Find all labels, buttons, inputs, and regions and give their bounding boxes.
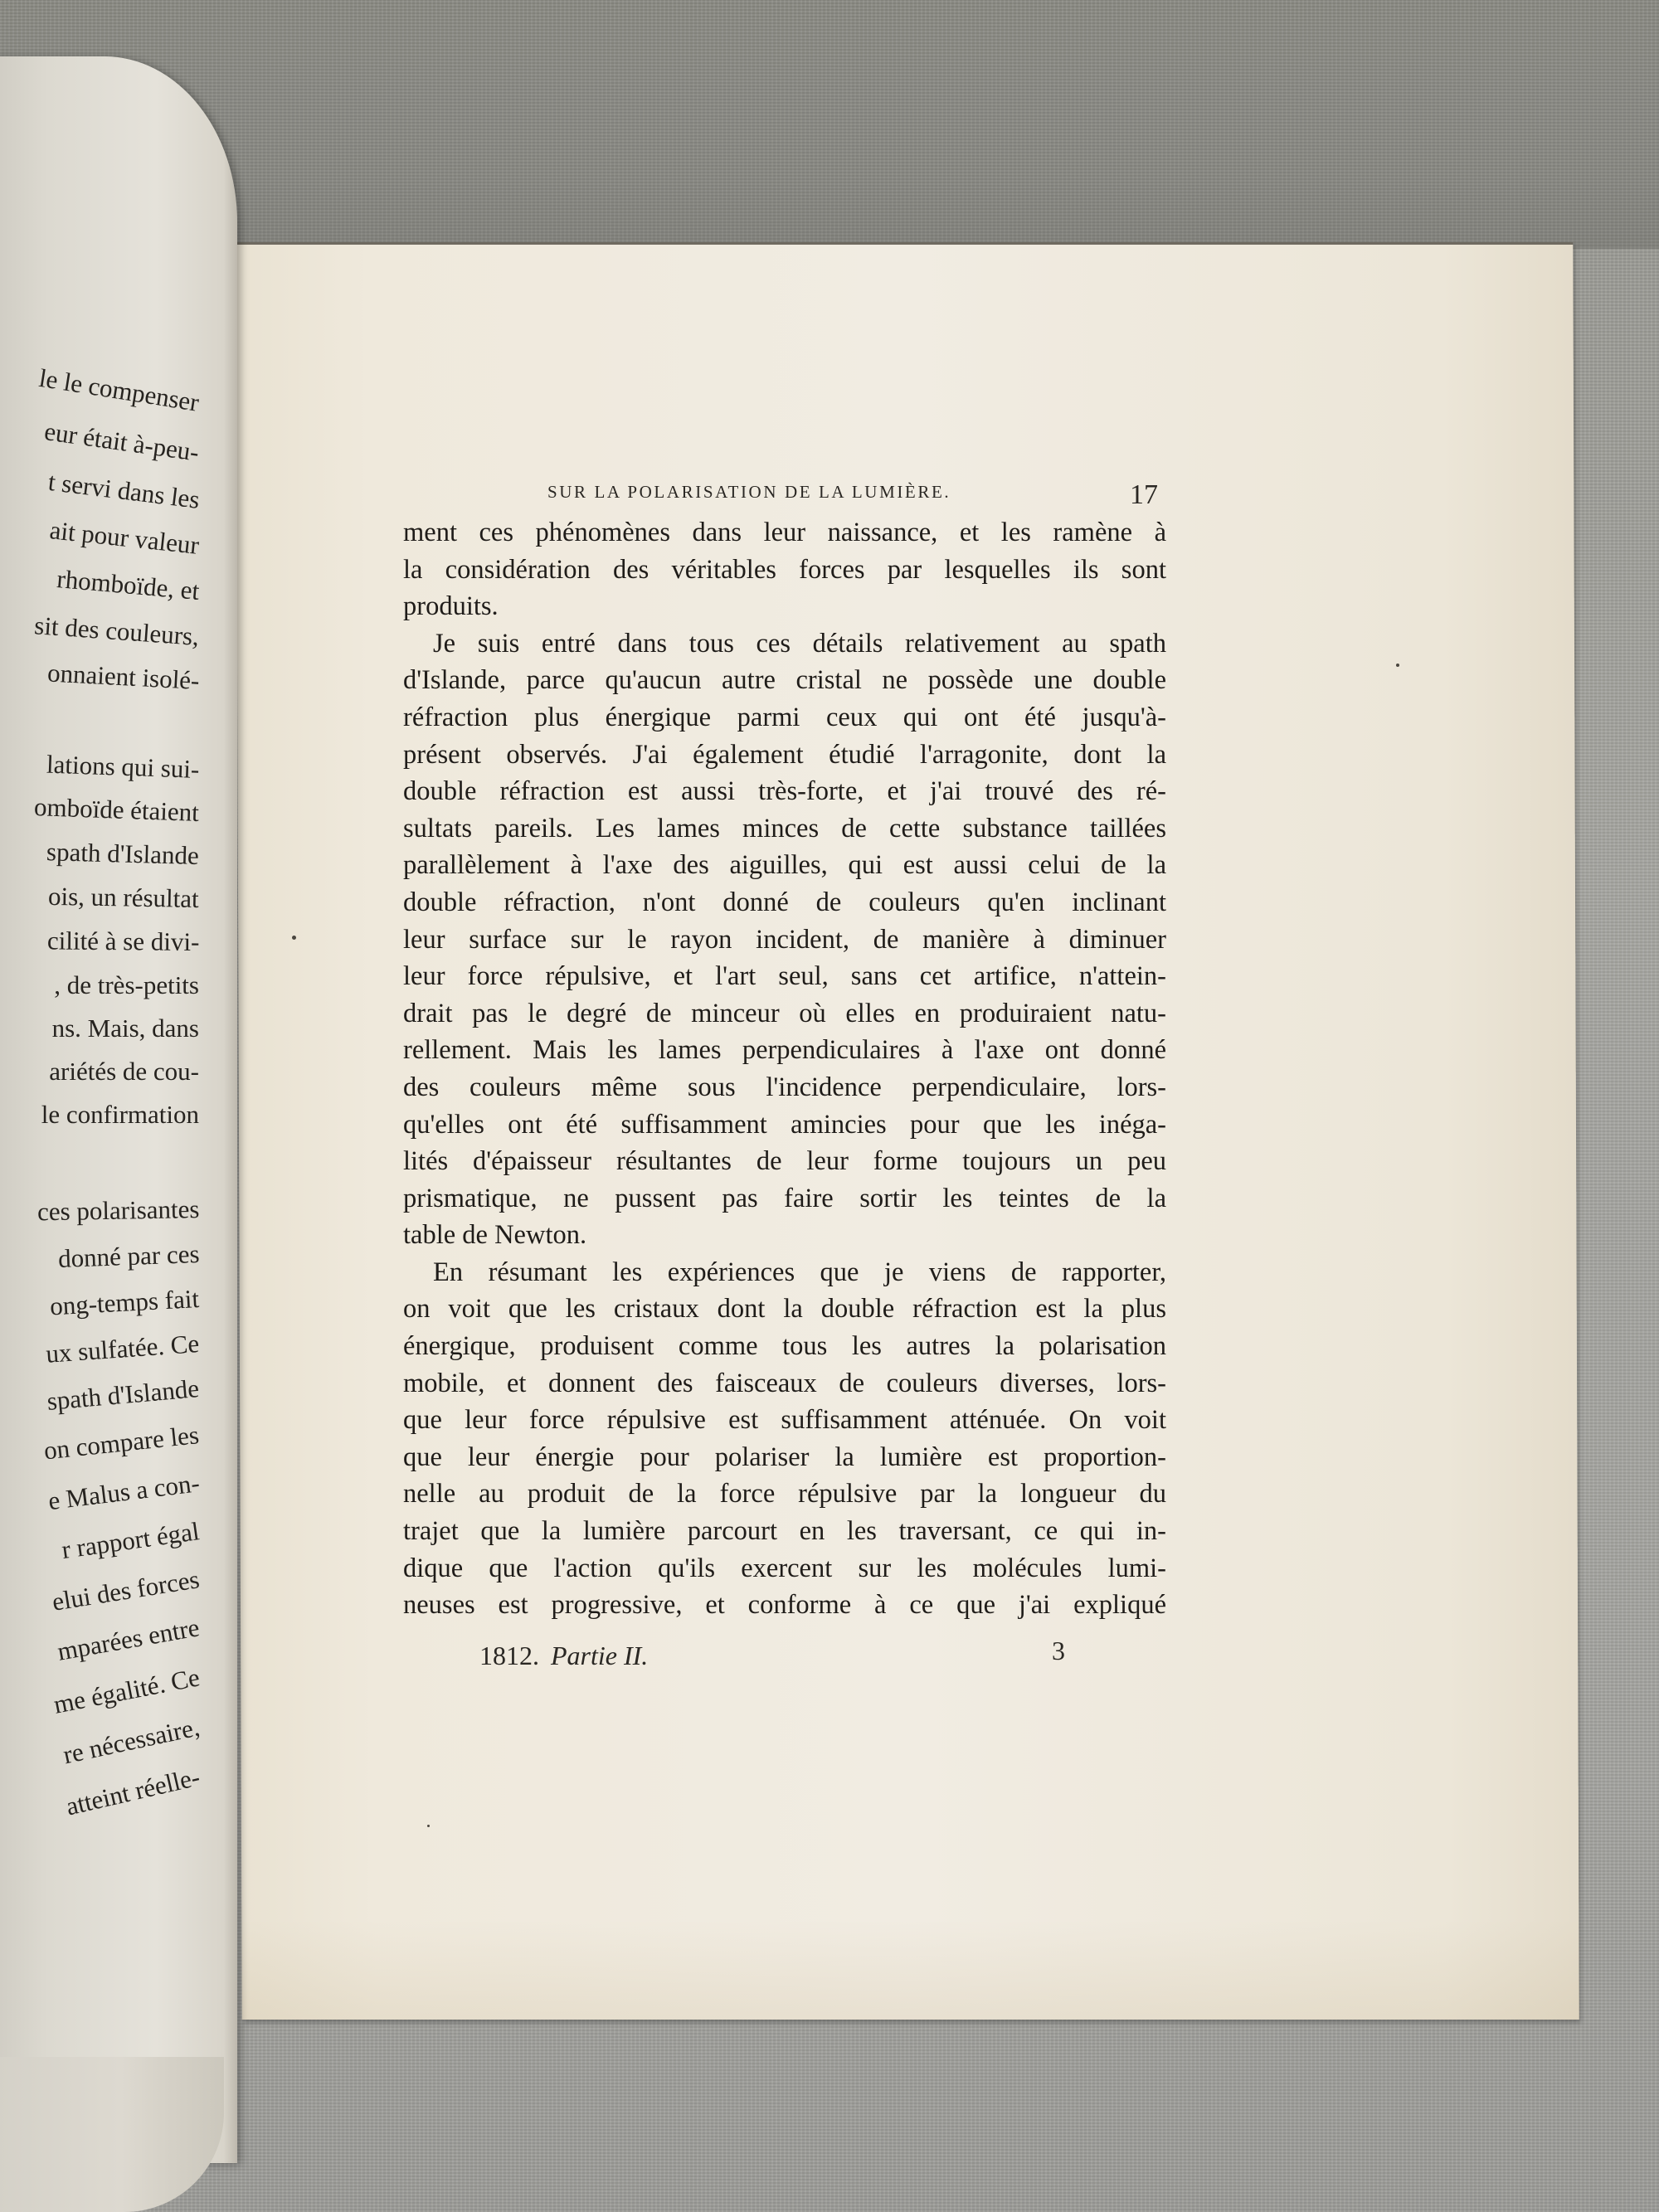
paper-speck bbox=[292, 936, 296, 940]
text-line: mobile, et donnent des faisceaux de coul… bbox=[403, 1365, 1166, 1403]
paper-speck bbox=[1396, 664, 1399, 667]
text-line: lités d'épaisseur résultantes de leur fo… bbox=[403, 1143, 1166, 1180]
body-text: ment ces phénomènes dans leur naissance,… bbox=[403, 514, 1166, 1624]
left-text-line: le confirmation bbox=[41, 1100, 199, 1130]
text-line: leur surface sur le rayon incident, de m… bbox=[403, 921, 1166, 959]
left-text-line: cilité à se divi- bbox=[46, 926, 199, 957]
left-text-line: , de très-petits bbox=[54, 970, 199, 1000]
text-line: que leur énergie pour polariser la lumiè… bbox=[403, 1439, 1166, 1476]
left-text-line: omboïde étaient bbox=[34, 792, 200, 828]
gathering-number: 3 bbox=[1052, 1636, 1065, 1666]
text-line: leur force répulsive, et l'art seul, san… bbox=[403, 958, 1166, 995]
left-text-line: ces polarisantes bbox=[36, 1194, 199, 1227]
text-line: réfraction plus énergique parmi ceux qui… bbox=[403, 699, 1166, 737]
running-head: SUR LA POLARISATION DE LA LUMIÈRE. bbox=[547, 482, 1153, 503]
text-line: nelle au produit de la force répulsive p… bbox=[403, 1475, 1166, 1513]
background-shadow bbox=[0, 0, 1659, 249]
text-line: sultats pareils. Les lames minces de cet… bbox=[403, 810, 1166, 848]
paper-speck bbox=[427, 1825, 430, 1827]
text-line: on voit que les cristaux dont la double … bbox=[403, 1291, 1166, 1328]
text-line: qu'elles ont été suffisamment amincies p… bbox=[403, 1106, 1166, 1144]
left-text-line: ariétés de cou- bbox=[49, 1057, 199, 1087]
paragraph-start: En résumant les expériences que je viens… bbox=[403, 1254, 1166, 1291]
text-line: rellement. Mais les lames perpendiculair… bbox=[403, 1032, 1166, 1069]
left-text-line: donné par ces bbox=[57, 1239, 200, 1274]
text-line: double réfraction, n'ont donné de couleu… bbox=[403, 884, 1166, 921]
text-line: parallèlement à l'axe des aiguilles, qui… bbox=[403, 847, 1166, 884]
text-line: que leur force répulsive est suffisammen… bbox=[403, 1402, 1166, 1439]
paragraph-start: Je suis entré dans tous ces détails rela… bbox=[403, 625, 1166, 663]
page-number: 17 bbox=[1130, 479, 1158, 511]
text-line: produits. bbox=[403, 588, 1166, 625]
footer-part: Partie II. bbox=[551, 1641, 648, 1670]
text-line: dique que l'action qu'ils exercent sur l… bbox=[403, 1550, 1166, 1587]
text-line: trajet que la lumière parcourt en les tr… bbox=[403, 1513, 1166, 1550]
text-line: neuses est progressive, et conforme à ce… bbox=[403, 1587, 1166, 1624]
left-text-line: spath d'Islande bbox=[46, 837, 200, 871]
footer-year: 1812. bbox=[479, 1641, 539, 1670]
text-line: prismatique, ne pussent pas faire sortir… bbox=[403, 1180, 1166, 1218]
text-line: d'Islande, parce qu'aucun autre cristal … bbox=[403, 662, 1166, 699]
text-line: énergique, produisent comme tous les aut… bbox=[403, 1328, 1166, 1365]
text-line: ment ces phénomènes dans leur naissance,… bbox=[403, 514, 1166, 552]
text-line: des couleurs même sous l'incidence perpe… bbox=[403, 1069, 1166, 1106]
left-text-line: lations qui sui- bbox=[46, 750, 199, 785]
text-line: la considération des véritables forces p… bbox=[403, 552, 1166, 589]
left-text-line: ns. Mais, dans bbox=[52, 1014, 199, 1043]
signature-mark: 1812.Partie II. bbox=[479, 1641, 648, 1671]
text-line: présent observés. J'ai également étudié … bbox=[403, 737, 1166, 774]
text-line: drait pas le degré de minceur où elles e… bbox=[403, 995, 1166, 1033]
text-line: double réfraction est aussi très-forte, … bbox=[403, 773, 1166, 810]
text-line: table de Newton. bbox=[403, 1217, 1166, 1254]
left-text-line: ois, un résultat bbox=[48, 882, 199, 914]
